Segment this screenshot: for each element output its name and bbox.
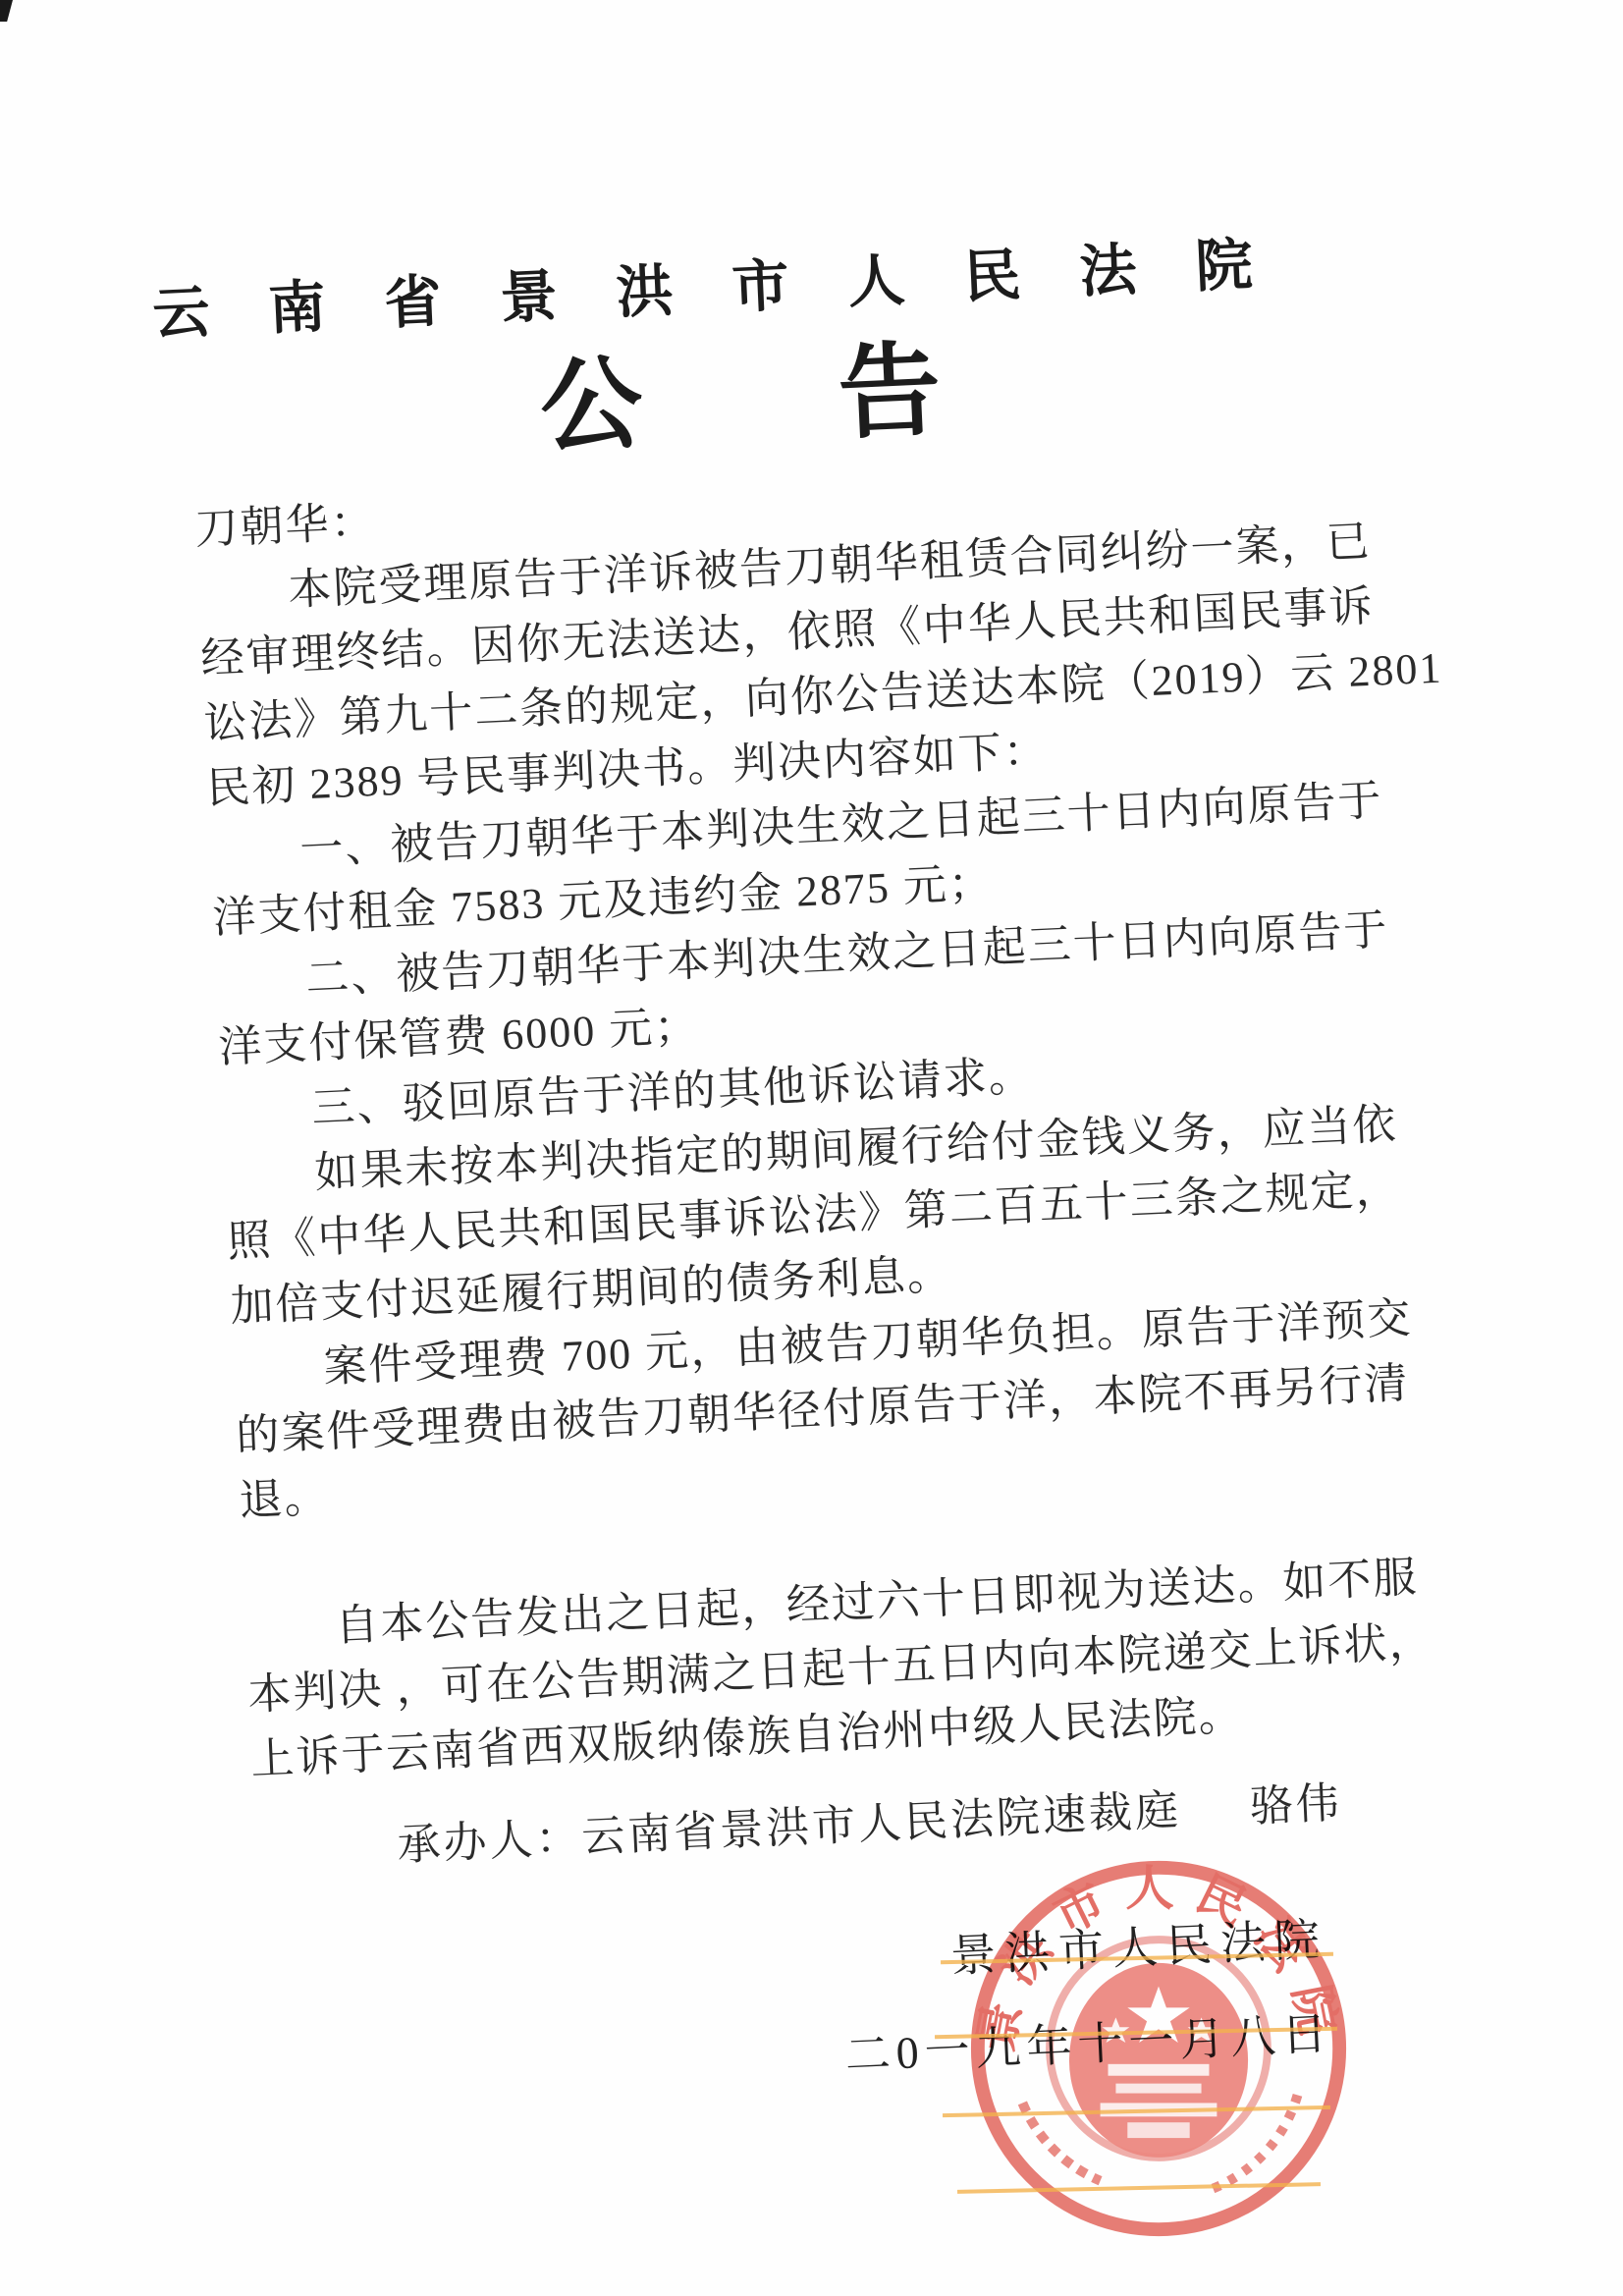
scan-corner-artifact (0, 0, 13, 22)
spacer (1181, 1822, 1250, 1825)
seal-emblem (1069, 1963, 1248, 2158)
judge-name: 骆伟 (1248, 1767, 1343, 1833)
undertaker-label: 承办人： (396, 1802, 583, 1873)
court-announcement-document: 云 南 省 景 洪 市 人 民 法 院 公 告 刀朝华： 本院受理原告于洋诉被告… (0, 0, 1623, 2296)
body-text: 刀朝华： 本院受理原告于洋诉被告刀朝华租赁合同纠纷一案，已经审理终结。因你无法送… (193, 446, 1390, 1792)
